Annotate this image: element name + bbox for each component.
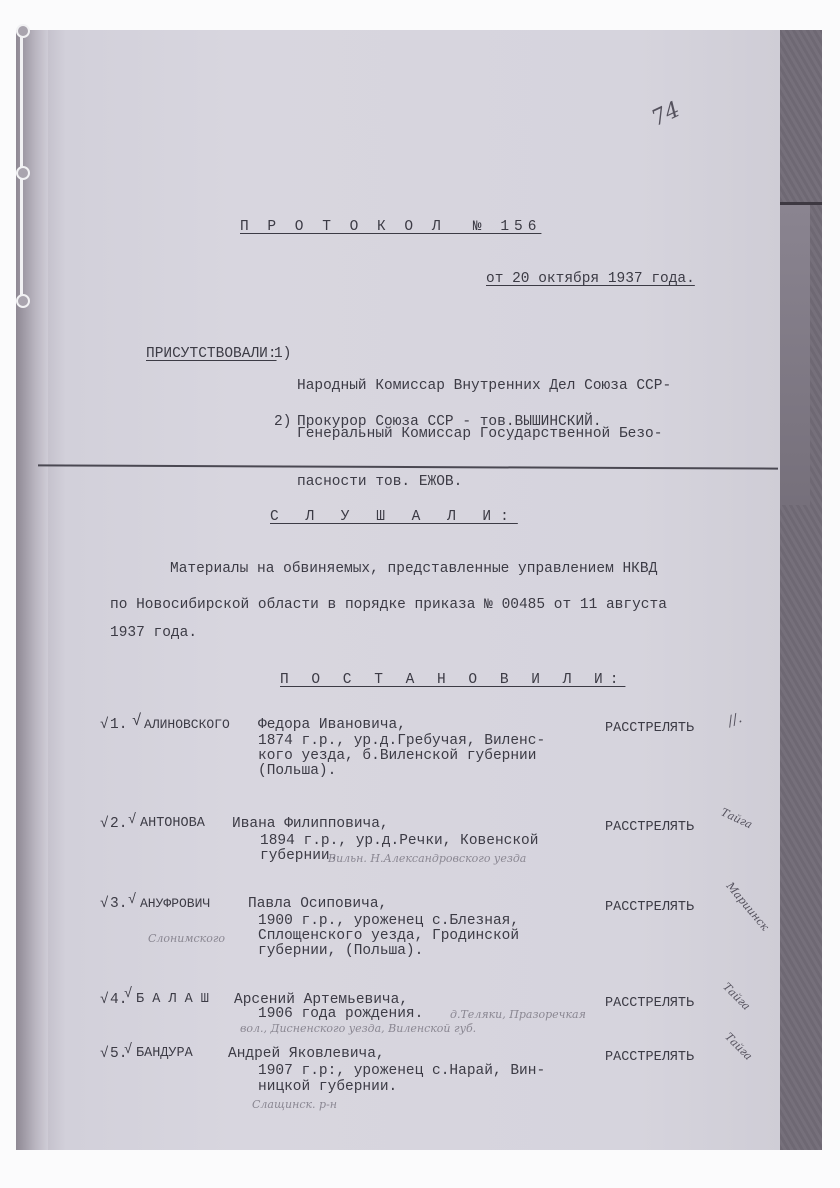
heard-text-line: Материалы на обвиняемых, представленные …	[170, 561, 657, 577]
entry-line: Андрей Яковлевича,	[228, 1046, 385, 1062]
present-member-2: Прокурор Союза ССР - тов.ВЫШИНСКИЙ.	[297, 414, 602, 430]
present-label: ПРИСУТСТВОВАЛИ:	[146, 346, 277, 362]
entry-line: Сплощенского уезда, Гродинской	[258, 929, 519, 944]
handwritten-note: Слащинск. р-н	[252, 1098, 337, 1111]
entry-surname: БАНДУРА	[136, 1046, 193, 1061]
entry-line: кого уезда, б.Виленской губернии	[258, 749, 536, 764]
entry-line: 1874 г.р., ур.д.Гребучая, Виленс-	[258, 734, 545, 749]
string-knot-top	[16, 24, 30, 38]
entry-verdict: РАССТРЕЛЯТЬ	[605, 1050, 694, 1065]
check-mark-icon: √	[128, 892, 136, 908]
entry-surname: Б А Л А Ш	[136, 992, 209, 1007]
entry-line: Ивана Филипповича,	[232, 816, 389, 832]
entry-line: 1894 г.р., ур.д.Речки, Ковенской	[260, 834, 538, 849]
entry-line: губернии.	[260, 849, 338, 864]
entry-line: ницкой губернии.	[258, 1080, 397, 1095]
protocol-date: от 20 октября 1937 года.	[486, 271, 695, 287]
entry-verdict: РАССТРЕЛЯТЬ	[605, 996, 694, 1011]
present-member-1-line: Народный Комиссар Внутренних Дел Союза С…	[297, 378, 671, 394]
handwritten-note: д.Теляки, Празоречкая вол., Дисненского …	[240, 1008, 600, 1036]
present-member-1-line: пасности тов. ЕЖОВ.	[297, 474, 671, 490]
check-mark-icon: √	[128, 812, 136, 828]
present-member-2-number: 2)	[274, 414, 291, 430]
entry-line: 1900 г.р., уроженец с.Блезная,	[258, 914, 519, 929]
page-title: П Р О Т О К О Л № 156	[240, 219, 541, 235]
handwritten-note: Слонимского	[148, 932, 225, 945]
handwritten-note: Вильн. Н.Александровского уезда	[328, 852, 526, 865]
entry-line: Федора Ивановича,	[258, 717, 406, 733]
entry-number: 2.	[110, 816, 127, 832]
entry-verdict: РАССТРЕЛЯТЬ	[605, 820, 694, 835]
check-mark-icon: √	[100, 717, 109, 733]
string-knot-bottom	[16, 294, 30, 308]
check-mark-icon: √	[100, 992, 109, 1008]
entry-surname: АЛИНОВСКОГО	[144, 717, 230, 732]
check-mark-icon: √	[100, 1046, 109, 1062]
check-mark-icon: √	[124, 986, 132, 1002]
heard-text-line: 1937 года.	[110, 625, 197, 641]
folder-notch	[780, 202, 822, 205]
present-member-1-number: 1)	[274, 346, 291, 362]
heard-text-line: по Новосибирской области в порядке прика…	[110, 597, 667, 613]
paper-sheet	[36, 30, 780, 1150]
entry-surname: АНУФРОВИЧ	[140, 896, 210, 911]
entry-line: (Польша).	[258, 764, 336, 779]
entry-verdict: РАССТРЕЛЯТЬ	[605, 721, 694, 736]
entry-line: Павла Осиповича,	[248, 896, 387, 912]
folder-lower-flap	[780, 205, 810, 505]
check-mark-icon: √	[132, 712, 142, 730]
resolved-heading: П О С Т А Н О В И Л И:	[280, 672, 625, 688]
binding-string	[20, 28, 23, 298]
entry-line: 1907 г.р:, уроженец с.Нарай, Вин-	[258, 1064, 545, 1079]
check-mark-icon: √	[124, 1042, 132, 1058]
entry-surname: АНТОНОВА	[140, 816, 205, 831]
entry-line: губернии, (Польша).	[258, 944, 423, 959]
entry-number: 1.	[110, 717, 127, 733]
check-mark-icon: √	[100, 896, 109, 912]
check-mark-icon: √	[100, 816, 109, 832]
folder-edge	[780, 30, 822, 1150]
entry-number: 3.	[110, 896, 127, 912]
string-knot-middle	[16, 166, 30, 180]
entry-verdict: РАССТРЕЛЯТЬ	[605, 900, 694, 915]
heard-heading: С Л У Ш А Л И:	[270, 509, 518, 525]
